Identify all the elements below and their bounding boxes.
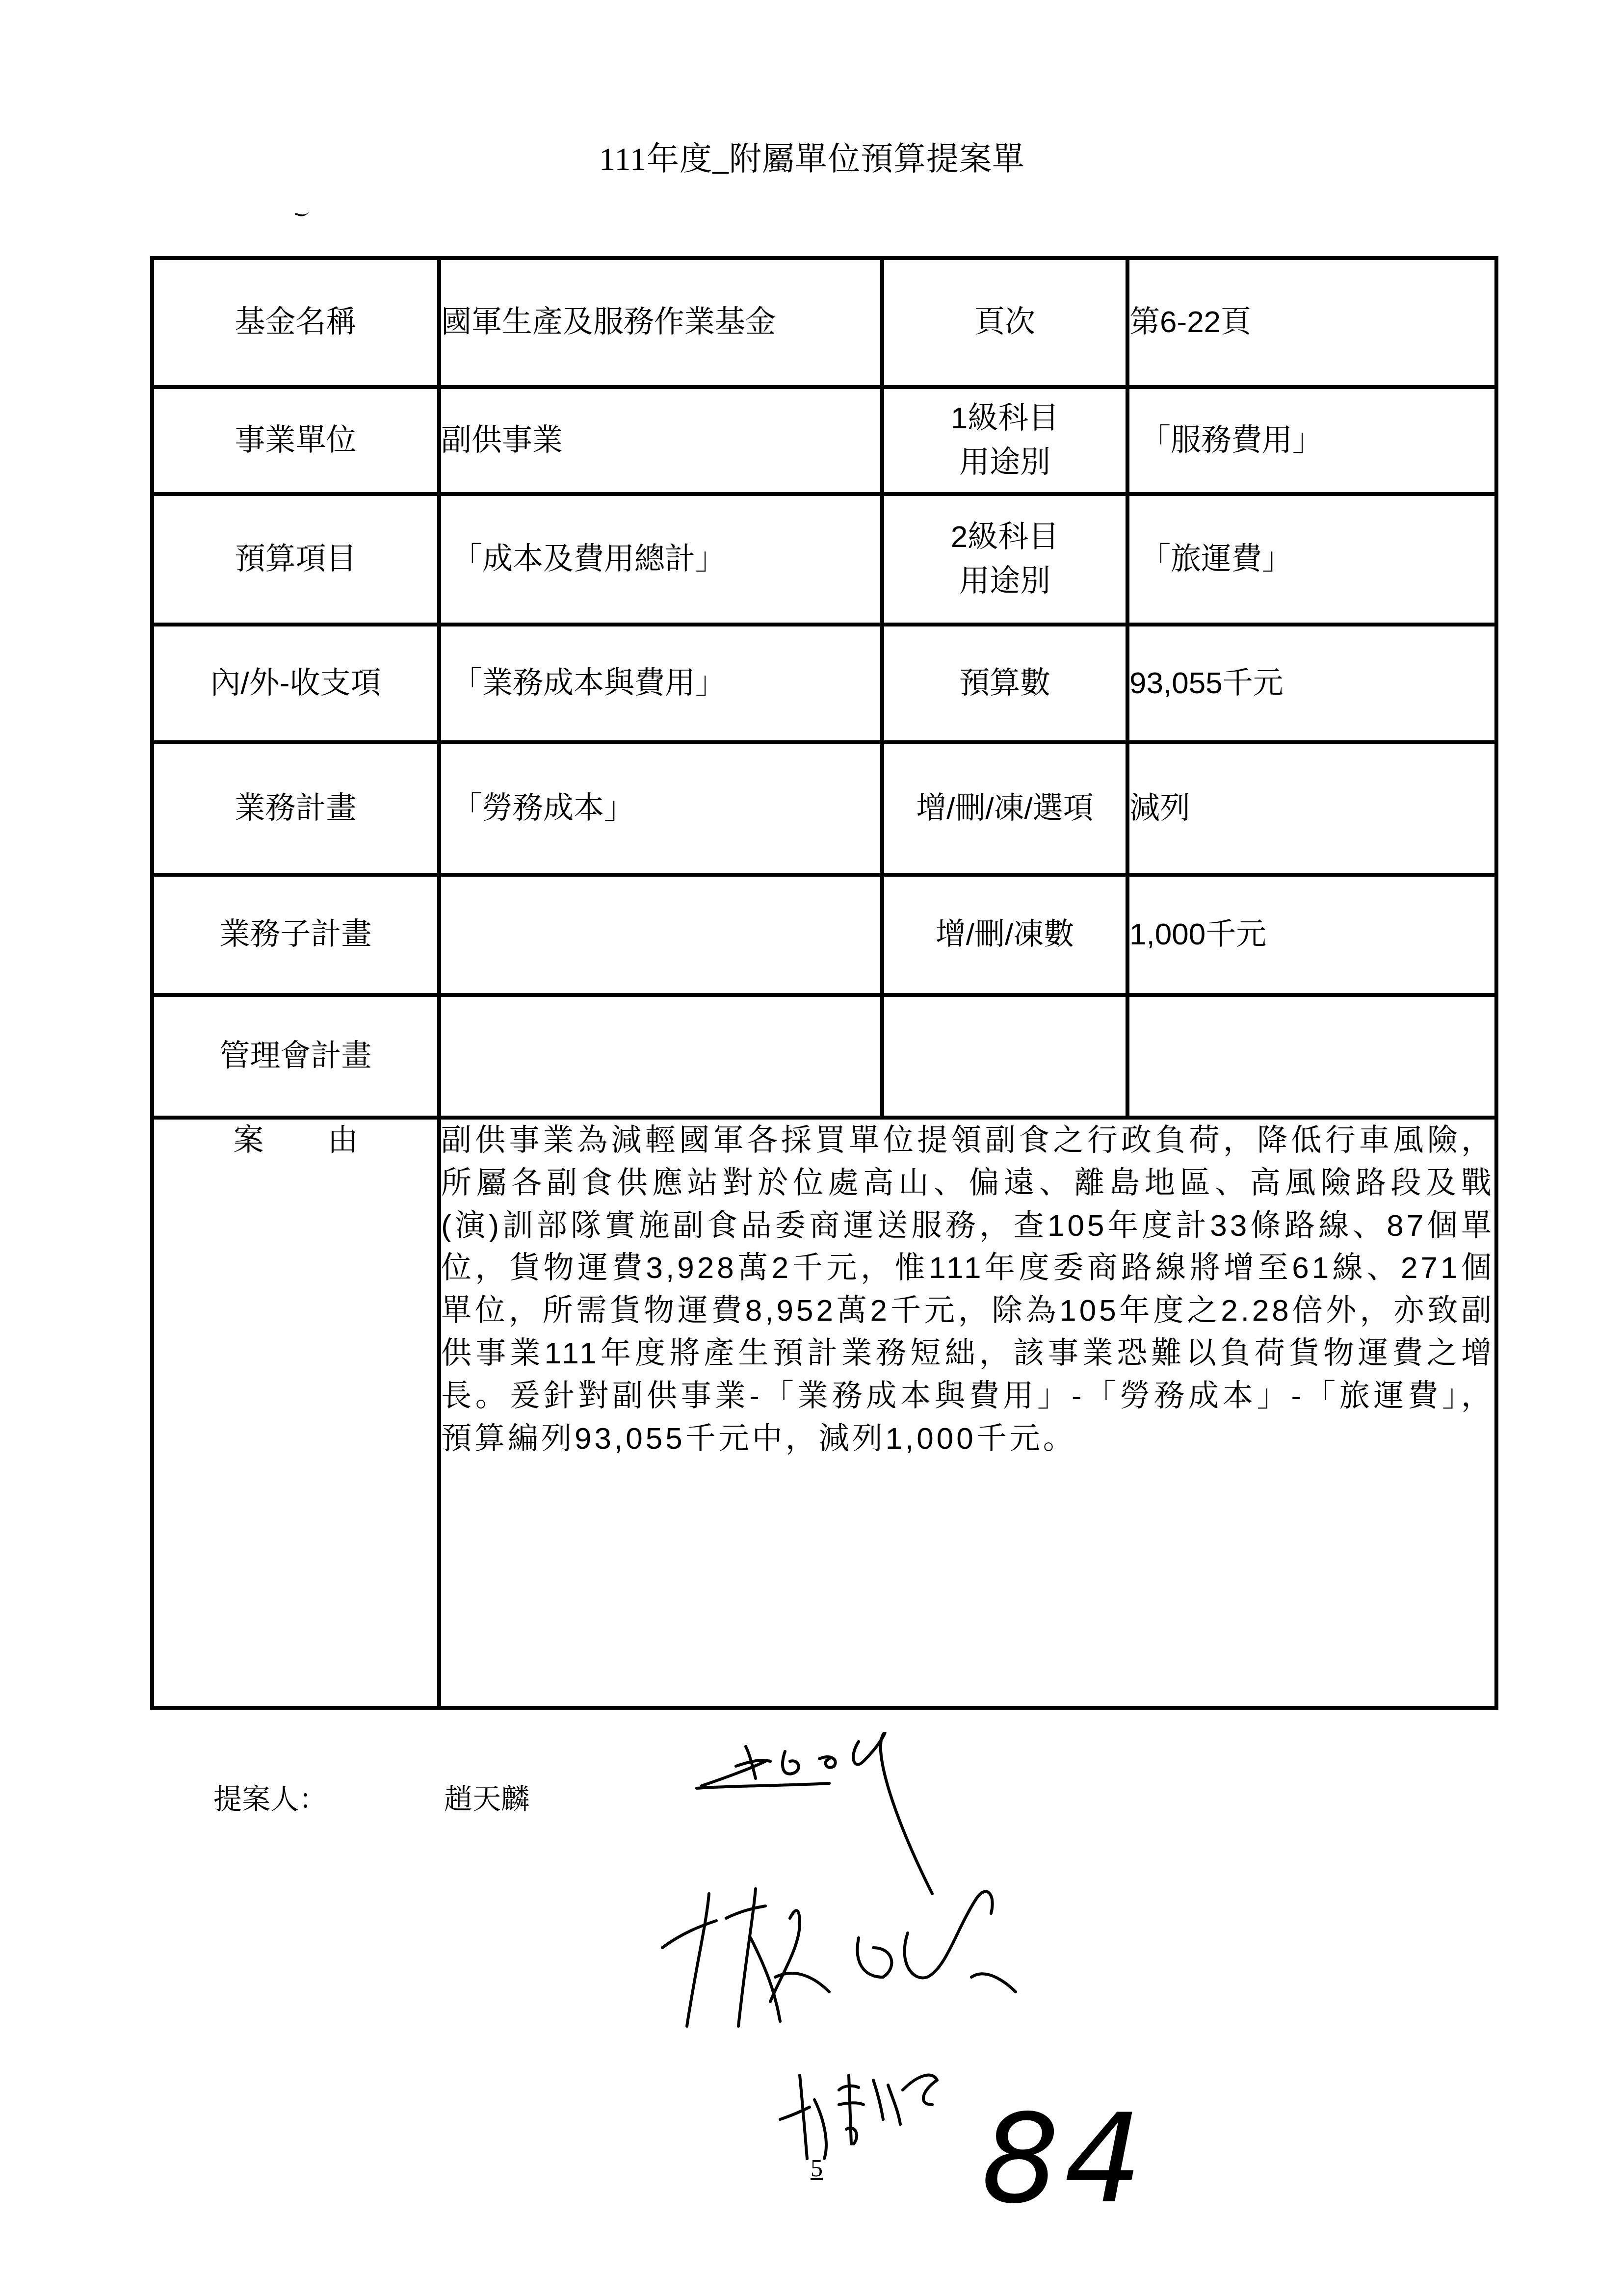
level1-subject-value: 「服務費用」: [1127, 387, 1496, 494]
form-row-management-plan: 管理會計畫: [152, 995, 1496, 1118]
revenue-expense-label: 內/外-收支項: [152, 625, 439, 742]
budget-item-value: 「成本及費用總計」: [439, 494, 882, 625]
form-row-budget-item: 預算項目 「成本及費用總計」 2級科目 用途別 「旅運費」: [152, 494, 1496, 625]
management-plan-value: [439, 995, 882, 1118]
fund-name-value: 國軍生產及服務作業基金: [439, 258, 882, 387]
page-ref-label: 頁次: [882, 258, 1127, 387]
reason-label: 案由: [152, 1118, 439, 1708]
level1-subject-label-text: 1級科目 用途別: [951, 396, 1059, 485]
empty-label-cell: [882, 995, 1127, 1118]
handwritten-number: 84: [981, 2087, 1147, 2230]
management-plan-label: 管理會計畫: [152, 995, 439, 1118]
empty-value-cell: [1127, 995, 1496, 1118]
business-unit-label: 事業單位: [152, 387, 439, 494]
form-row-sub-plan: 業務子計畫 增/刪/凍數 1,000千元: [152, 875, 1496, 995]
form-row-reason: 案由 副供事業為減輕國軍各採買單位提領副食之行政負荷，降低行車風險，所屬各副食供…: [152, 1118, 1496, 1708]
business-plan-label: 業務計畫: [152, 742, 439, 875]
budget-item-label: 預算項目: [152, 494, 439, 625]
sub-plan-value: [439, 875, 882, 995]
form-row-business-plan: 業務計畫 「勞務成本」 增/刪/凍/選項 減列: [152, 742, 1496, 875]
budget-amount-value: 93,055千元: [1127, 625, 1496, 742]
action-amount-label: 增/刪/凍數: [882, 875, 1127, 995]
sub-plan-label: 業務子計畫: [152, 875, 439, 995]
level1-subject-label-line1: 1級科目: [951, 401, 1059, 435]
level2-subject-label: 2級科目 用途別: [882, 494, 1127, 625]
action-amount-value: 1,000千元: [1127, 875, 1496, 995]
action-option-label: 增/刪/凍/選項: [882, 742, 1127, 875]
business-unit-value: 副供事業: [439, 387, 882, 494]
level2-subject-label-line1: 2級科目: [951, 520, 1059, 554]
handwritten-signature-2: [653, 1879, 1025, 2046]
proposer-name: 趙天麟: [444, 1776, 529, 1817]
budget-amount-label: 預算數: [882, 625, 1127, 742]
level1-subject-label: 1級科目 用途別: [882, 387, 1127, 494]
form-row-business-unit: 事業單位 副供事業 1級科目 用途別 「服務費用」: [152, 387, 1496, 494]
page-number: 5: [811, 2154, 823, 2182]
level2-subject-value: 「旅運費」: [1127, 494, 1496, 625]
stray-scan-mark: [295, 206, 310, 218]
budget-proposal-form: 基金名稱 國軍生產及服務作業基金 頁次 第6-22頁 事業單位 副供事業 1級科…: [150, 256, 1498, 1710]
page-ref-value: 第6-22頁: [1127, 258, 1496, 387]
document-title: 111年度_附屬單位預算提案單: [0, 132, 1624, 179]
reason-label-char1: 案: [233, 1123, 263, 1157]
level2-subject-label-text: 2級科目 用途別: [951, 515, 1059, 603]
proposer-label: 提案人：: [213, 1776, 327, 1817]
reason-text: 副供事業為減輕國軍各採買單位提領副食之行政負荷，降低行車風險，所屬各副食供應站對…: [439, 1118, 1496, 1708]
reason-label-char2: 由: [328, 1123, 358, 1157]
revenue-expense-value: 「業務成本與費用」: [439, 625, 882, 742]
fund-name-label: 基金名稱: [152, 258, 439, 387]
level1-subject-label-line2: 用途別: [959, 445, 1050, 479]
action-option-value: 減列: [1127, 742, 1496, 875]
handwritten-signature-3: [775, 2061, 971, 2173]
form-row-revenue-expense: 內/外-收支項 「業務成本與費用」 預算數 93,055千元: [152, 625, 1496, 742]
business-plan-value: 「勞務成本」: [439, 742, 882, 875]
level2-subject-label-line2: 用途別: [959, 564, 1050, 598]
form-row-fund-name: 基金名稱 國軍生產及服務作業基金 頁次 第6-22頁: [152, 258, 1496, 387]
